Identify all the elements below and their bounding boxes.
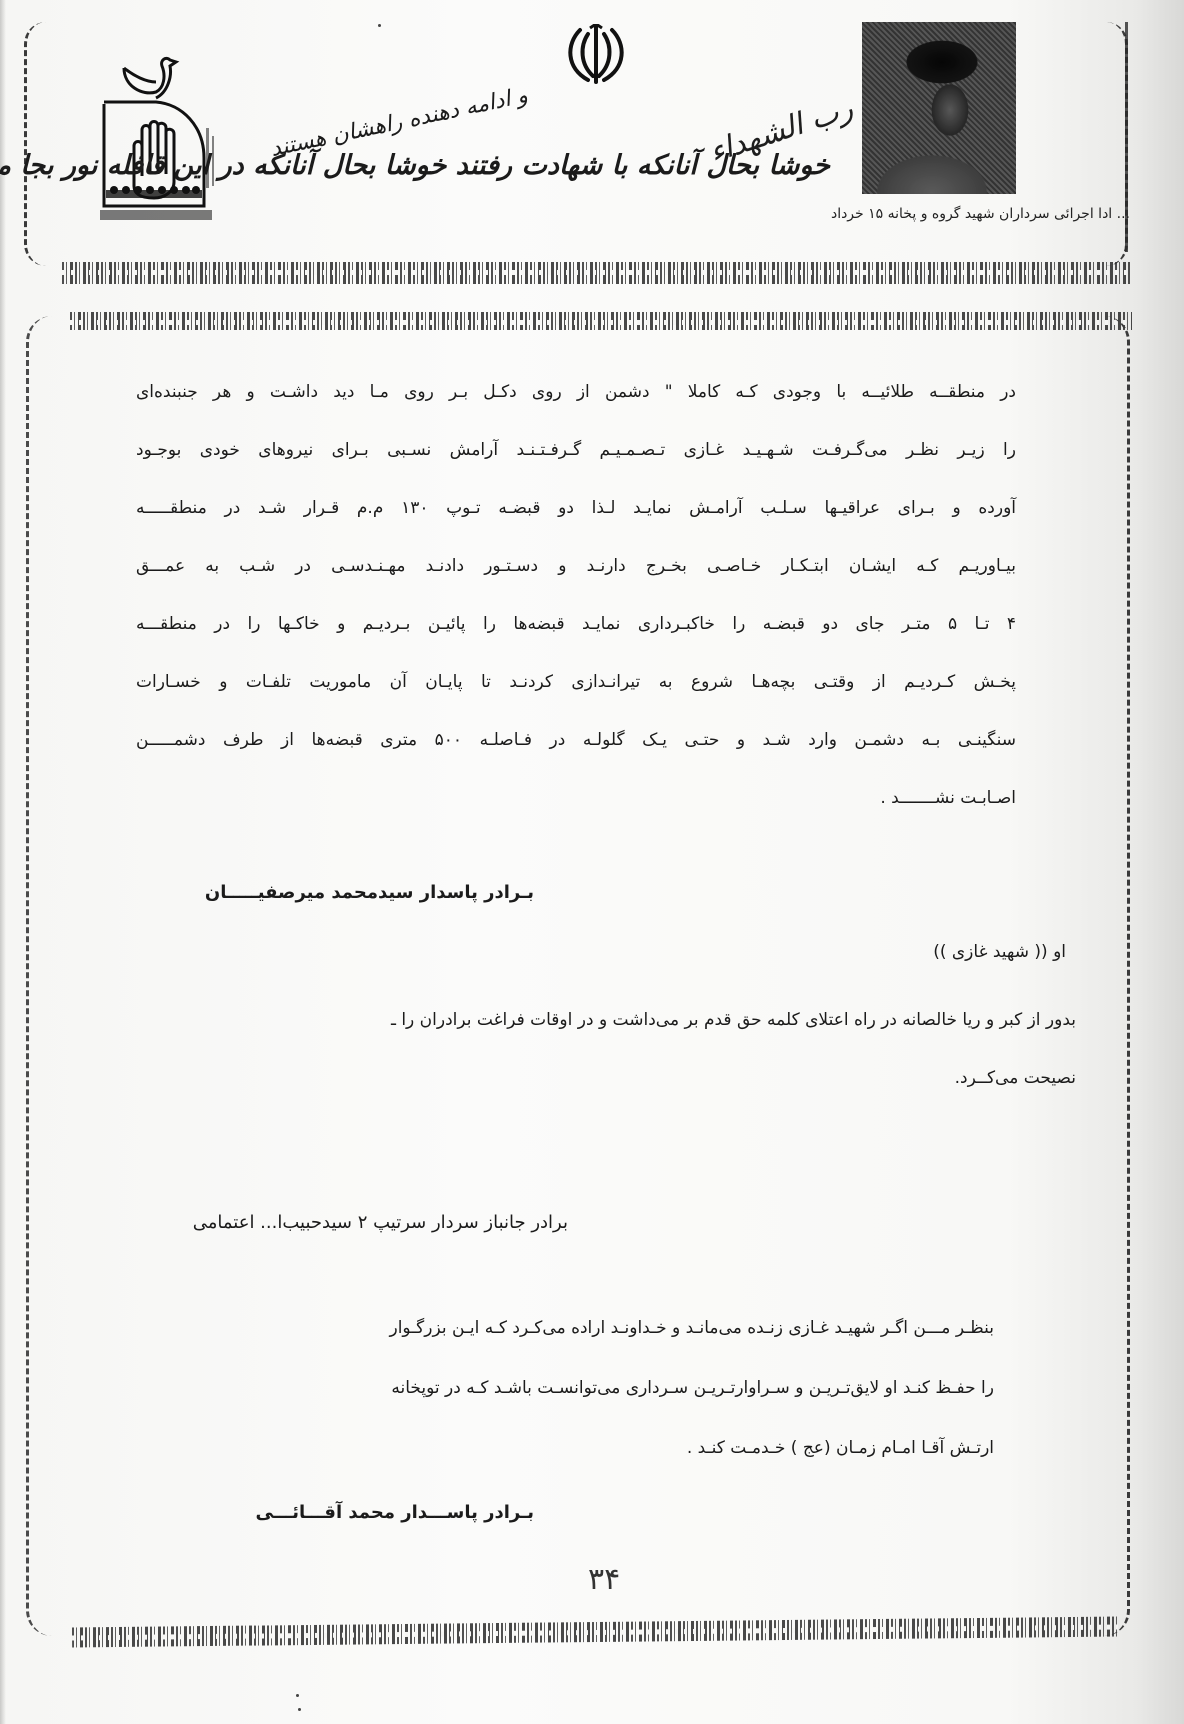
paragraph-line: در منطقــه طلائیــه با وجودی کـه کاملا "… xyxy=(136,382,1016,402)
signature-etemami: برادر جانباز سردار سرتیپ ۲ سیدحبیب‌ا... … xyxy=(193,1212,568,1233)
quote-intro: او (( شهید غازی )) xyxy=(933,942,1066,962)
scanned-page: بسم رب الشهداء و ادامه دهنده راهشان هستن… xyxy=(0,0,1184,1724)
testimony-paragraph-3-line-1: بنظـر مـــن اگـر شهیـد غـازی زنـده می‌ما… xyxy=(389,1318,994,1338)
paragraph-line: بیـاوریـم کـه ایشـان ابتـکـار خـاصـی بخـ… xyxy=(136,556,1016,576)
paragraph-line-last: اصـابـت نشـــــــد . xyxy=(880,788,1016,808)
scan-speck xyxy=(296,1694,299,1697)
testimony-paragraph-2-line-1: بدور از کبر و ریا خالصانه در راه اعتلای … xyxy=(391,1010,1076,1030)
signature-mirsafian: بـرادر پاسدار سیدمحمد میرصفیـــــان xyxy=(205,882,534,903)
testimony-paragraph-1: در منطقــه طلائیــه با وجودی کـه کاملا "… xyxy=(136,382,1016,842)
paragraph-line: سنگینـی بـه دشمـن وارد شـد و حتـی یـک گل… xyxy=(136,730,1016,750)
testimony-paragraph-2-line-2: نصیحت می‌کــرد. xyxy=(955,1068,1076,1088)
martyr-portrait-photo xyxy=(862,22,1016,194)
paragraph-line: ۴ تـا ۵ متـر جای دو قبضـه را خاکبـرداری … xyxy=(136,614,1016,634)
scan-speck xyxy=(298,1708,301,1711)
paragraph-line: را زیـر نظـر می‌گـرفـت شـهـیـد غـازی تـص… xyxy=(136,440,1016,460)
paragraph-line: پخـش کـردیـم از وقتـی بچه‌هـا شروع به تی… xyxy=(136,672,1016,692)
ornament-border-band-top xyxy=(62,262,1132,284)
signature-aghaei: بـرادر پاســـدار محمد آقـــائـــی xyxy=(256,1502,534,1523)
scan-speck xyxy=(378,24,381,27)
martyr-foundation-logo-icon xyxy=(94,46,224,226)
paragraph-line: آورده و بـرای عراقیـها سـلـب آرامـش نمای… xyxy=(136,498,1016,518)
iran-emblem-icon xyxy=(560,24,632,86)
page-number: ۳۴ xyxy=(588,1562,620,1597)
scan-edge-shadow xyxy=(0,0,6,1724)
photo-caption: ... ادا اجرائی سرداران شهید گروه و پخانه… xyxy=(760,206,1130,222)
header-main-calligraphy: خوشا بحال آنانکه با شهادت رفتند خوشا بحا… xyxy=(270,150,830,181)
testimony-paragraph-3-line-3: ارتـش آقـا امـام زمـان (عج ) خـدمـت کنـد… xyxy=(687,1438,994,1458)
testimony-paragraph-3-line-2: را حفـظ کنـد او لایق‌تـریـن و سـراوارتـر… xyxy=(391,1378,994,1398)
